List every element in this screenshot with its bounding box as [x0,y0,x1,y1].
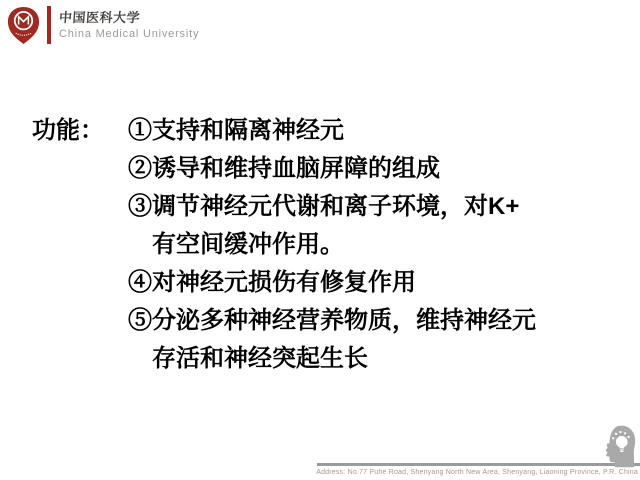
brand-divider [47,6,51,44]
footer-address: Address: No.77 Puhe Road, Shenyang North… [316,469,638,476]
university-name-en: China Medical University [59,28,199,40]
cmu-emblem-icon [6,6,41,45]
function-item-5-cont: 存活和神经突起生长 [128,340,536,378]
slide: 中国医科大学 China Medical University 功能： ①支持和… [0,0,640,480]
head-lightbulb-icon [600,424,637,468]
university-name-zh: 中国医科大学 [58,10,199,27]
function-item-2: ②诱导和维持血脑屏障的组成 [128,150,536,188]
footer-rule [317,463,640,466]
function-item-3: ③调节神经元代谢和离子环境，对K+ [128,188,536,226]
brand-text: 中国医科大学 China Medical University [59,10,199,40]
header: 中国医科大学 China Medical University [6,4,199,46]
function-item-1: ①支持和隔离神经元 [128,112,536,150]
functions-list: ①支持和隔离神经元 ②诱导和维持血脑屏障的组成 ③调节神经元代谢和离子环境，对K… [128,112,536,378]
function-item-4: ④对神经元损伤有修复作用 [128,264,536,302]
function-item-5: ⑤分泌多种神经营养物质，维持神经元 [128,302,536,340]
function-item-3-cont: 有空间缓冲作用。 [128,226,536,264]
functions-label: 功能： [32,112,104,150]
